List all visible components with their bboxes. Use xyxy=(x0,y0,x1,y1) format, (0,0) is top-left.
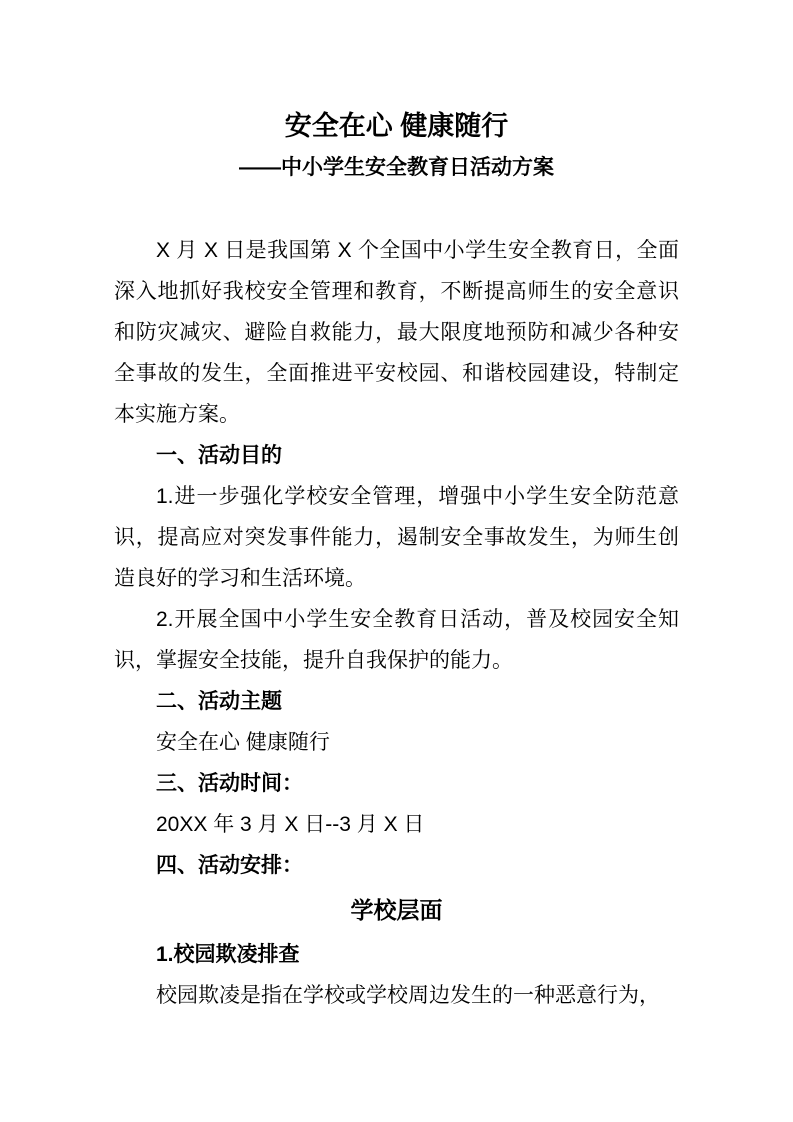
paragraph-time-content: 20XX 年 3 月 X 日--3 月 X 日 xyxy=(114,804,679,845)
heading-bullying-check: 1.校园欺凌排查 xyxy=(114,934,679,975)
paragraph-purpose-item-2: 2.开展全国中小学生安全教育日活动，普及校园安全知识，掌握安全技能，提升自我保护… xyxy=(114,599,679,681)
heading-activity-time: 三、活动时间： xyxy=(114,763,679,804)
paragraph-purpose-item-1: 1.进一步强化学校安全管理，增强中小学生安全防范意识，提高应对突发事件能力，遏制… xyxy=(114,476,679,599)
document-page: 安全在心 健康随行 ——中小学生安全教育日活动方案 X 月 X 日是我国第 X … xyxy=(0,0,793,1122)
heading-activity-arrangement: 四、活动安排： xyxy=(114,845,679,886)
paragraph-theme-content: 安全在心 健康随行 xyxy=(114,722,679,763)
document-subtitle: ——中小学生安全教育日活动方案 xyxy=(114,148,679,188)
heading-activity-theme: 二、活动主题 xyxy=(114,681,679,722)
paragraph-intro: X 月 X 日是我国第 X 个全国中小学生安全教育日，全面深入地抓好我校安全管理… xyxy=(114,230,679,435)
paragraph-bullying-content: 校园欺凌是指在学校或学校周边发生的一种恶意行为， xyxy=(114,975,679,1016)
heading-school-level: 学校层面 xyxy=(114,886,679,934)
document-title: 安全在心 健康随行 xyxy=(114,104,679,148)
heading-activity-purpose: 一、活动目的 xyxy=(114,435,679,476)
